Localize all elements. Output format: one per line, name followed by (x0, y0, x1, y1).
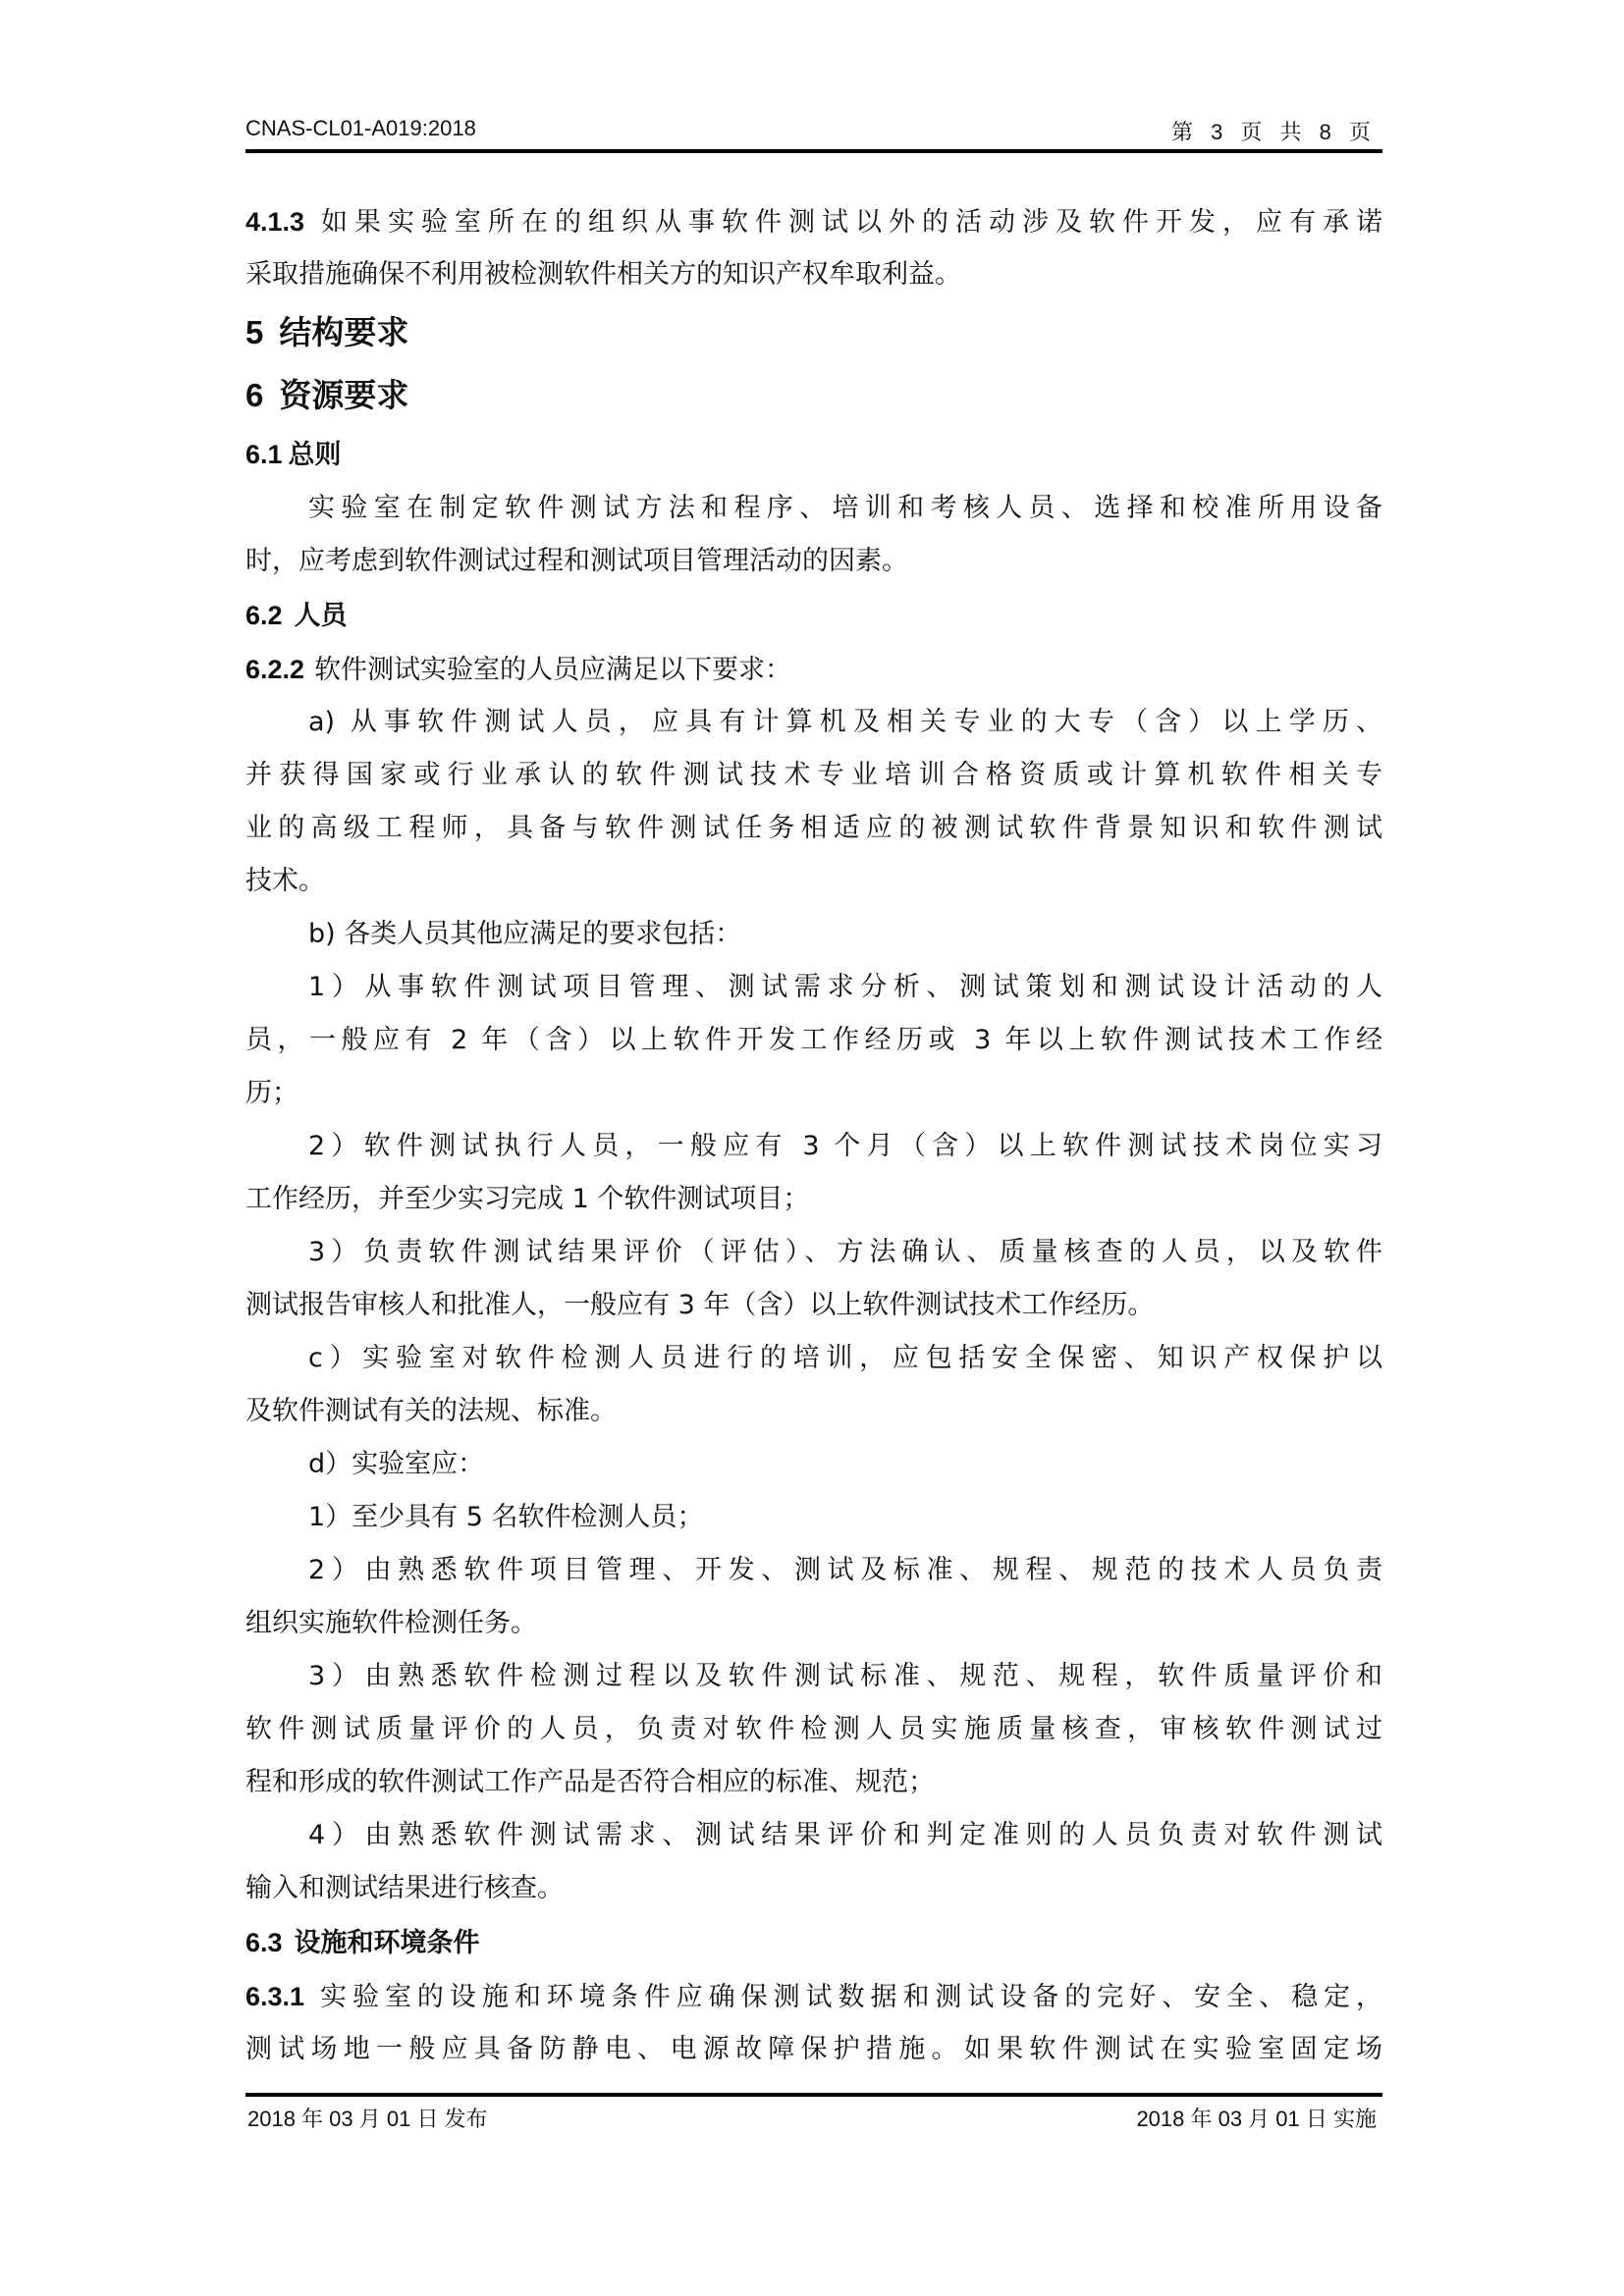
item-b3-line: 3）负责软件测试结果评价（评估）、方法确认、质量核查的人员，以及软件 (245, 1226, 1382, 1279)
item-b2-line: 工作经历，并至少实习完成 1 个软件测试项目； (245, 1173, 1382, 1226)
item-b1-line: 员，一般应有 2 年（含）以上软件开发工作经历或 3 年以上软件测试技术工作经 (245, 1014, 1382, 1067)
section-heading-6: 6资源要求 (245, 364, 1382, 427)
section-heading-6-3: 6.3设施和环境条件 (245, 1915, 1382, 1970)
page-header: CNAS-CL01-A019:2018 第 3 页 共 8 页 (245, 116, 1382, 145)
section-title: 总则 (289, 440, 342, 470)
item-d1-line: 1）至少具有 5 名软件检测人员； (245, 1491, 1382, 1544)
item-a-line: 并获得国家或行业承认的软件测试技术专业培训合格资质或计算机软件相关专 (245, 749, 1382, 802)
item-b-line: b) 各类人员其他应满足的要求包括： (245, 908, 1382, 961)
paragraph-line: 时，应考虑到软件测试过程和测试项目管理活动的因素。 (245, 535, 1382, 588)
item-d3-line: 程和形成的软件测试工作产品是否符合相应的标准、规范； (245, 1756, 1382, 1809)
effective-date: 2018 年 03 月 01 日 实施 (1136, 2103, 1377, 2133)
document-body: 4.1.3如果实验室所在的组织从事软件测试以外的活动涉及软件开发，应有承诺 采取… (245, 195, 1382, 2076)
item-b1-line: 1）从事软件测试项目管理、测试需求分析、测试策划和测试设计活动的人 (245, 961, 1382, 1014)
section-number: 5 (245, 314, 263, 350)
section-number: 6.1 (245, 440, 283, 469)
item-d-line: d）实验室应： (245, 1438, 1382, 1491)
document-id: CNAS-CL01-A019:2018 (245, 116, 476, 141)
item-c-line: c）实验室对软件检测人员进行的培训，应包括安全保密、知识产权保护以 (245, 1332, 1382, 1385)
publish-date: 2018 年 03 月 01 日 发布 (247, 2103, 488, 2133)
section-number: 6.3 (245, 1928, 283, 1957)
item-d3-line: 软件测试质量评价的人员，负责对软件检测人员实施质量核查，审核软件测试过 (245, 1703, 1382, 1756)
paragraph-line: 实验室在制定软件测试方法和程序、培训和考核人员、选择和校准所用设备 (245, 482, 1382, 535)
section-heading-6-2: 6.2人员 (245, 588, 1382, 643)
footer-rule (245, 2093, 1382, 2097)
section-heading-6-1: 6.1总则 (245, 427, 1382, 482)
section-title: 设施和环境条件 (295, 1928, 480, 1958)
header-rule (245, 149, 1382, 153)
clause-4-1-3-line-1: 4.1.3如果实验室所在的组织从事软件测试以外的活动涉及软件开发，应有承诺 (245, 195, 1382, 248)
clause-number: 4.1.3 (245, 207, 304, 237)
item-d2-line: 组织实施软件检测任务。 (245, 1597, 1382, 1650)
clause-text: 软件测试实验室的人员应满足以下要求： (314, 655, 791, 685)
item-d4-line: 4）由熟悉软件测试需求、测试结果评价和判定准则的人员负责对软件测试 (245, 1809, 1382, 1862)
item-b3-line: 测试报告审核人和批准人，一般应有 3 年（含）以上软件测试技术工作经历。 (245, 1279, 1382, 1332)
page-footer: 2018 年 03 月 01 日 发布 2018 年 03 月 01 日 实施 (245, 2103, 1382, 2132)
page-indicator: 第 3 页 共 8 页 (1171, 116, 1377, 146)
clause-6-3-1-line-2: 测试场地一般应具备防静电、电源故障保护措施。如果软件测试在实验室固定场 (245, 2023, 1382, 2076)
item-d2-line: 2）由熟悉软件项目管理、开发、测试及标准、规程、规范的技术人员负责 (245, 1544, 1382, 1597)
section-title: 结构要求 (279, 313, 408, 351)
section-number: 6.2 (245, 601, 283, 630)
item-b1-line: 历； (245, 1067, 1382, 1120)
clause-text: 如果实验室所在的组织从事软件测试以外的活动涉及软件开发，应有承诺 (314, 207, 1382, 238)
section-title: 资源要求 (279, 376, 408, 414)
clause-number: 6.3.1 (245, 1982, 304, 2011)
section-title: 人员 (295, 601, 348, 631)
section-heading-5: 5结构要求 (245, 301, 1382, 364)
clause-4-1-3-line-2: 采取措施确保不利用被检测软件相关方的知识产权牟取利益。 (245, 248, 1382, 301)
item-a-line: 技术。 (245, 855, 1382, 908)
item-d4-line: 输入和测试结果进行核查。 (245, 1862, 1382, 1915)
item-a-line: a) 从事软件测试人员，应具有计算机及相关专业的大专（含）以上学历、 (245, 696, 1382, 749)
clause-6-2-2-intro: 6.2.2软件测试实验室的人员应满足以下要求： (245, 643, 1382, 696)
clause-text: 实验室的设施和环境条件应确保测试数据和测试设备的完好、安全、稳定， (314, 1982, 1382, 2012)
item-d3-line: 3）由熟悉软件检测过程以及软件测试标准、规范、规程，软件质量评价和 (245, 1650, 1382, 1703)
item-c-line: 及软件测试有关的法规、标准。 (245, 1385, 1382, 1438)
clause-6-3-1-line-1: 6.3.1实验室的设施和环境条件应确保测试数据和测试设备的完好、安全、稳定， (245, 1970, 1382, 2023)
item-a-line: 业的高级工程师，具备与软件测试任务相适应的被测试软件背景知识和软件测试 (245, 802, 1382, 855)
section-number: 6 (245, 377, 263, 413)
item-b2-line: 2）软件测试执行人员，一般应有 3 个月（含）以上软件测试技术岗位实习 (245, 1120, 1382, 1173)
clause-number: 6.2.2 (245, 655, 304, 684)
